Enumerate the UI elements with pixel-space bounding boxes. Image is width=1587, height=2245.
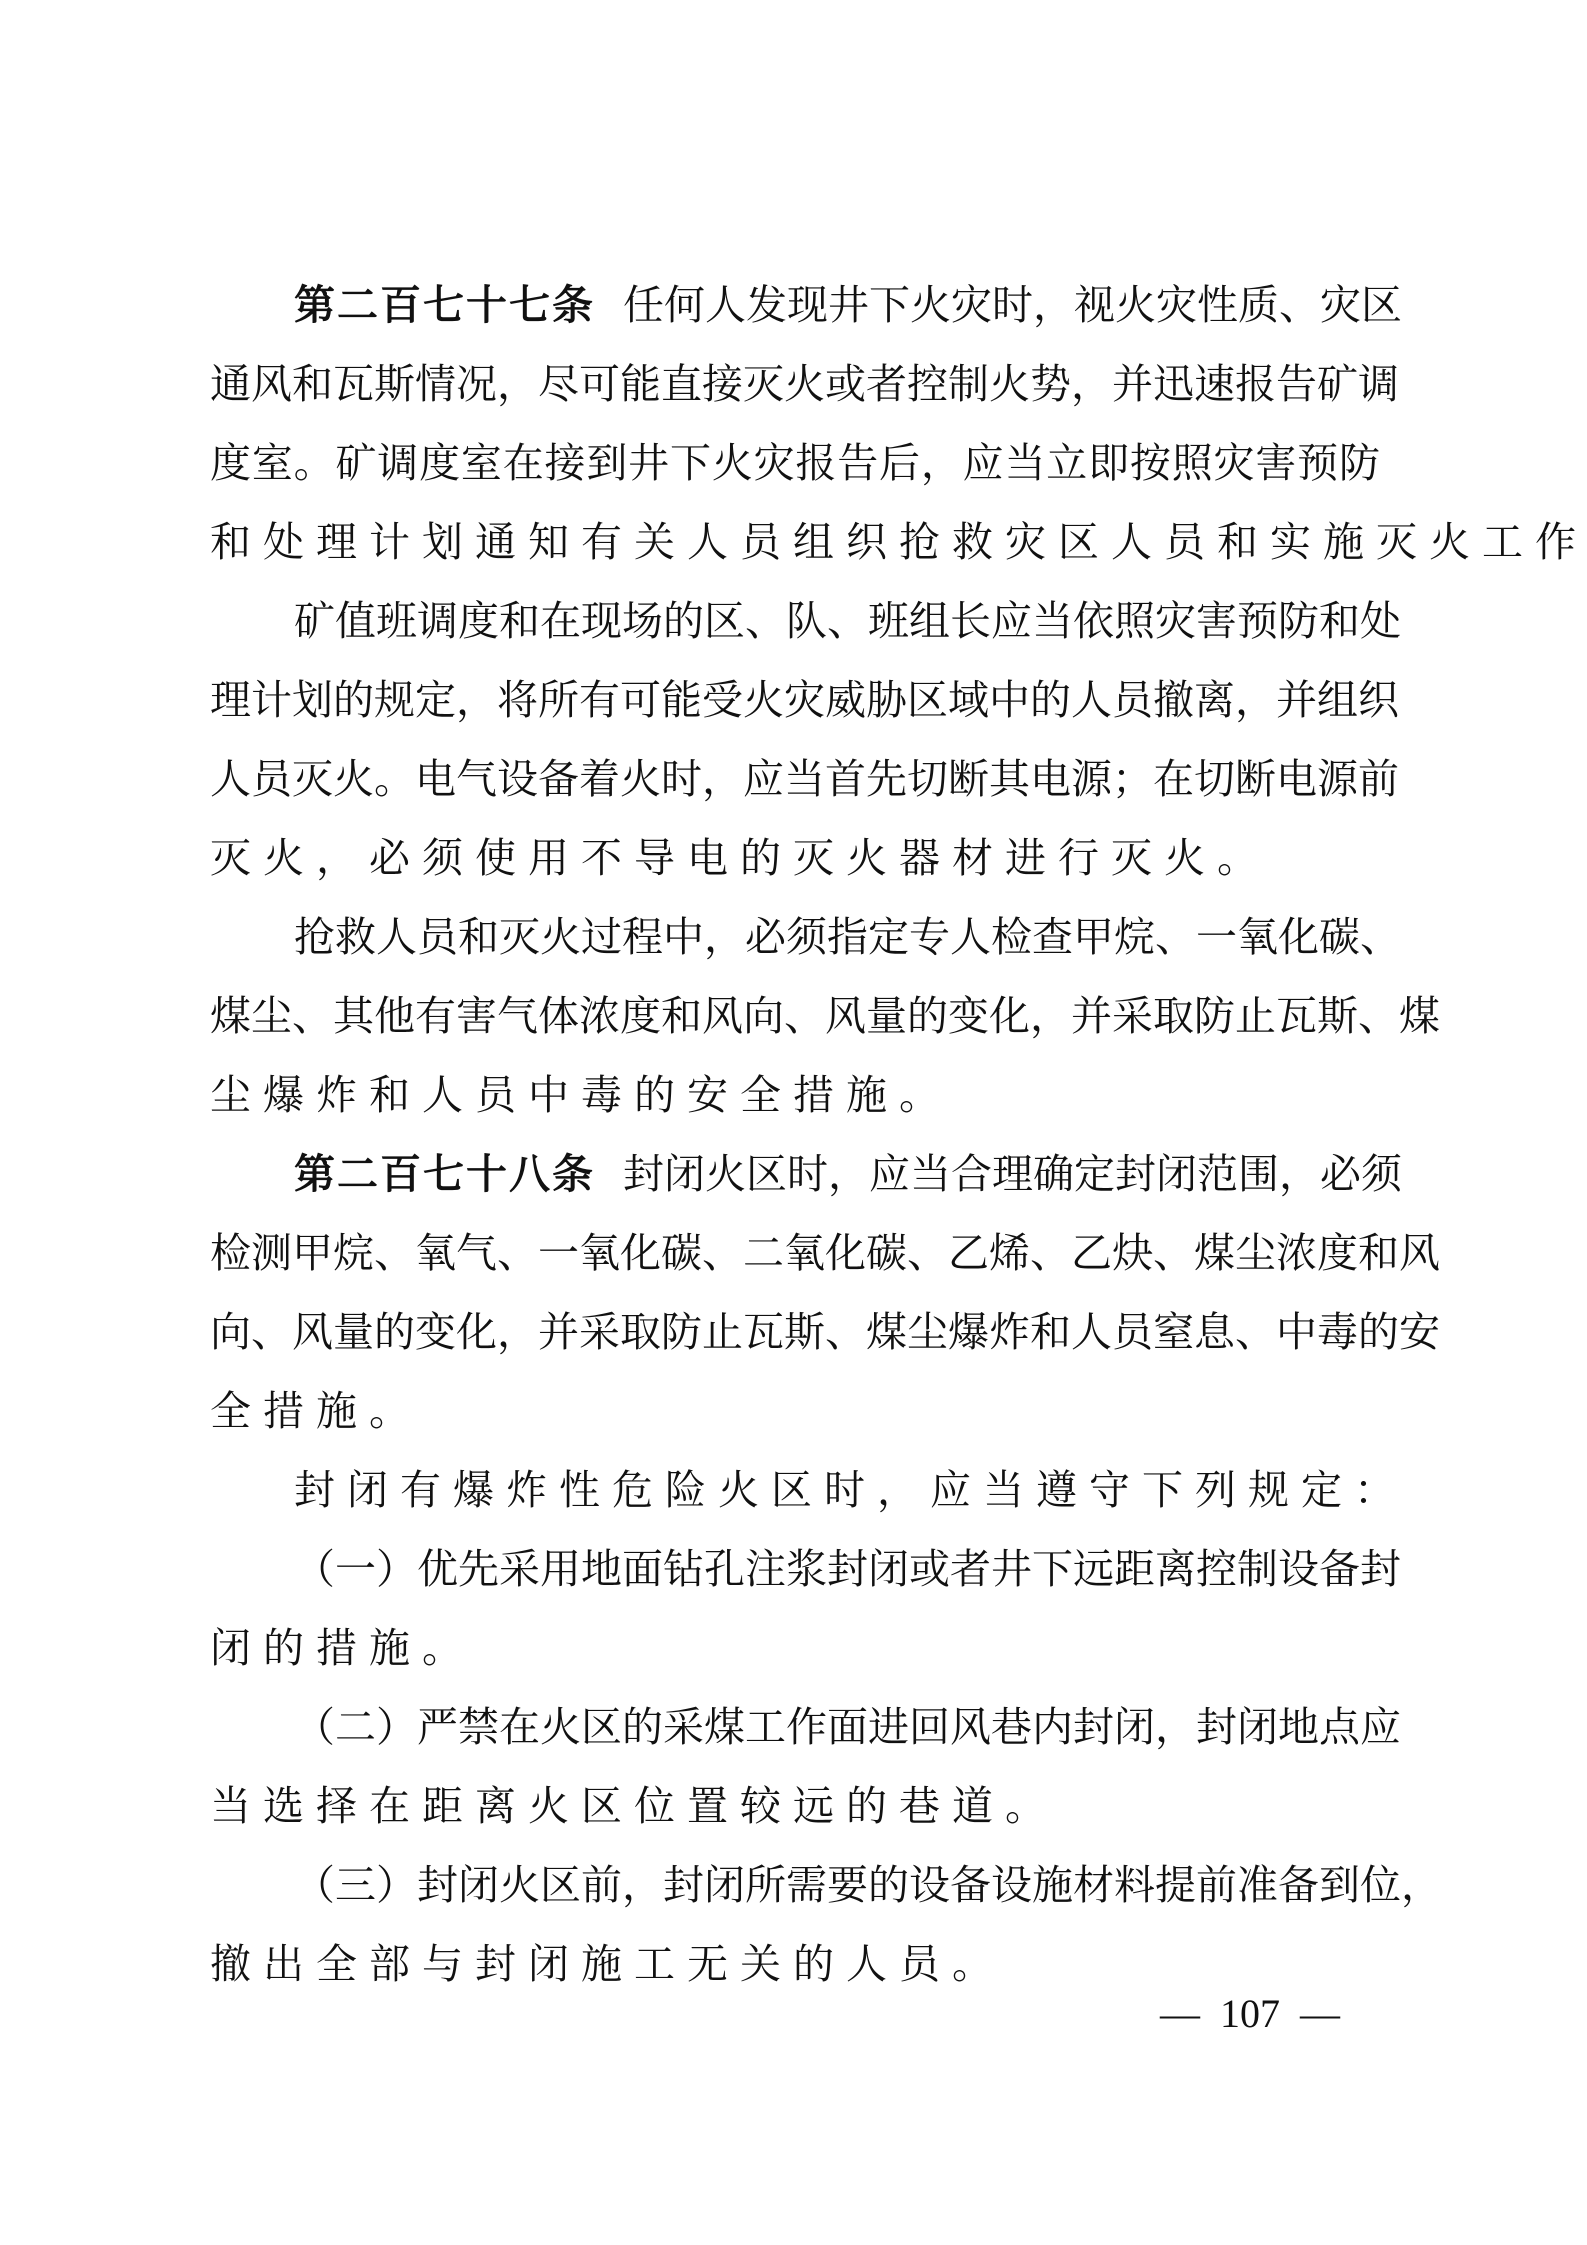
article-number: 第二百七十七条 — [294, 281, 595, 329]
item-1-line-1: （一）优先采用地面钻孔注浆封闭或者井下远距离控制设备封 — [294, 1530, 1380, 1609]
article-278-line-3: 向、风量的变化，并采取防止瓦斯、煤尘爆炸和人员窒息、中毒的安 — [210, 1293, 1380, 1372]
article-277-p2-line-3: 人员灭火。电气设备着火时，应当首先切断其电源；在切断电源前 — [210, 740, 1380, 819]
page-number: — 107 — — [1150, 1990, 1350, 2037]
article-277-p2-line-1: 矿值班调度和在现场的区、队、班组长应当依照灾害预防和处 — [294, 582, 1380, 661]
article-277-line-1: 第二百七十七条任何人发现井下火灾时，视火灾性质、灾区 — [294, 266, 1380, 345]
document-page: 第二百七十七条任何人发现井下火灾时，视火灾性质、灾区 通风和瓦斯情况，尽可能直接… — [0, 0, 1587, 2245]
article-277-p2-line-4: 灭火，必须使用不导电的灭火器材进行灭火。 — [210, 819, 1380, 898]
article-277-p3-line-3: 尘爆炸和人员中毒的安全措施。 — [210, 1056, 1380, 1135]
item-1-line-2: 闭的措施。 — [210, 1609, 1380, 1688]
article-277-line-3: 度室。矿调度室在接到井下火灾报告后，应当立即按照灾害预防 — [210, 424, 1380, 503]
article-278-line-2: 检测甲烷、氧气、一氧化碳、二氧化碳、乙烯、乙炔、煤尘浓度和风 — [210, 1214, 1380, 1293]
article-277-p3-line-1: 抢救人员和灭火过程中，必须指定专人检查甲烷、一氧化碳、 — [294, 898, 1380, 977]
article-number: 第二百七十八条 — [294, 1150, 595, 1198]
article-277-p2-line-2: 理计划的规定，将所有可能受火灾威胁区域中的人员撤离，并组织 — [210, 661, 1380, 740]
item-3-line-1: （三）封闭火区前，封闭所需要的设备设施材料提前准备到位， — [294, 1846, 1380, 1925]
article-277-line-2: 通风和瓦斯情况，尽可能直接灭火或者控制火势，并迅速报告矿调 — [210, 345, 1380, 424]
article-278-line-4: 全措施。 — [210, 1372, 1380, 1451]
article-277-p3-line-2: 煤尘、其他有害气体浓度和风向、风量的变化，并采取防止瓦斯、煤 — [210, 977, 1380, 1056]
article-278-p2-line-1: 封闭有爆炸性危险火区时，应当遵守下列规定： — [294, 1451, 1380, 1530]
article-277-line-4: 和处理计划通知有关人员组织抢救灾区人员和实施灭火工作。 — [210, 503, 1380, 582]
item-2-line-1: （二）严禁在火区的采煤工作面进回风巷内封闭，封闭地点应 — [294, 1688, 1380, 1767]
article-278-line-1: 第二百七十八条封闭火区时，应当合理确定封闭范围，必须 — [294, 1135, 1380, 1214]
item-2-line-2: 当选择在距离火区位置较远的巷道。 — [210, 1767, 1380, 1846]
